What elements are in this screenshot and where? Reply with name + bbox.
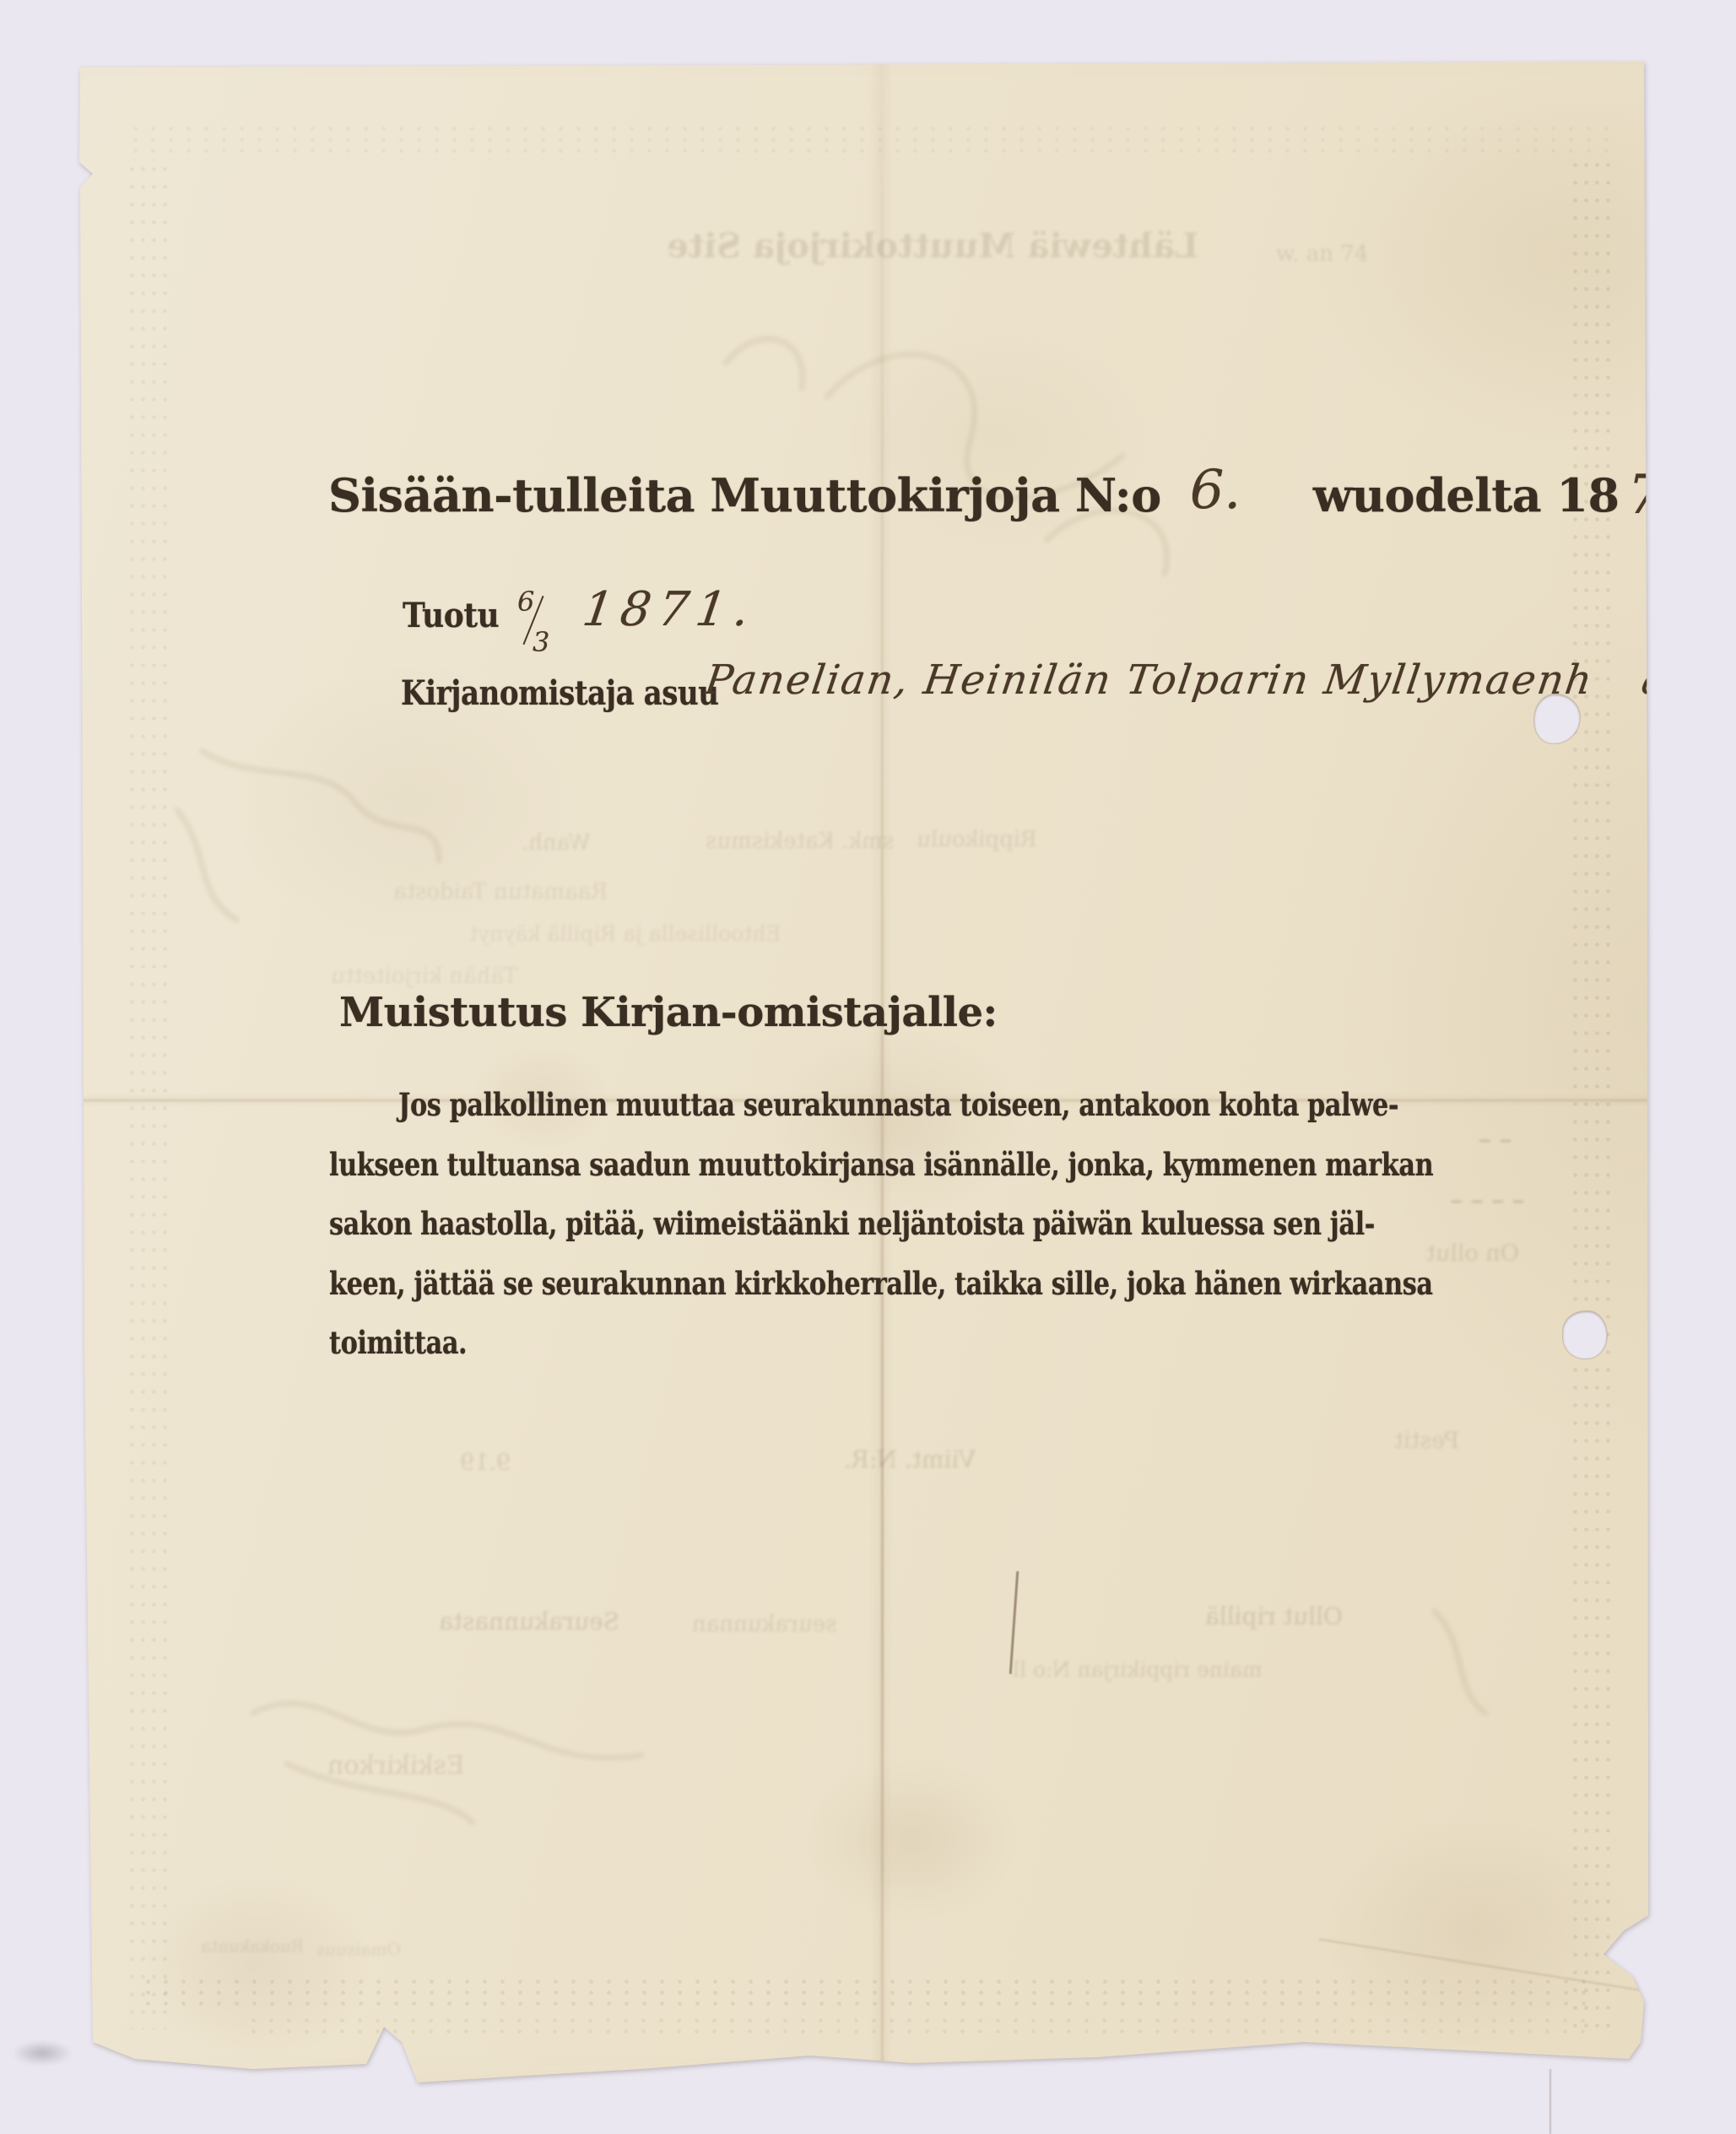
notice-line: sakon haastolla, pitää, wiimeistäänki ne… <box>329 1194 1433 1254</box>
bleedthrough-border-top <box>127 123 1612 160</box>
bleedthrough-text: w. an 74 <box>1276 243 1368 265</box>
fold-crease-vertical <box>881 64 884 2066</box>
bleedthrough-border-left <box>127 160 167 2029</box>
bleedthrough-layer: Lähtewiä Muuttokirjoja Sitew. an 74Wanh.… <box>0 0 1736 2134</box>
bleedthrough-text: Viimt. N:R. <box>844 1448 976 1472</box>
notice-heading: Muistutus Kirjan-omistajalle: <box>339 989 998 1036</box>
bleedthrough-text: seurakunnan <box>692 1613 837 1635</box>
paper-crack <box>1009 1571 1019 1674</box>
punch-hole-top <box>1534 694 1580 743</box>
received-label: Tuotu <box>403 596 499 635</box>
notice-line: Jos palkollinen muuttaa seurakunnasta to… <box>329 1075 1433 1135</box>
title-year-handwritten: 71 <box>1628 464 1695 527</box>
bleedthrough-text: Pestit <box>1394 1429 1459 1452</box>
punch-hole-bottom <box>1563 1311 1607 1359</box>
scan-background: Lähtewiä Muuttokirjoja Sitew. an 74Wanh.… <box>0 0 1736 2134</box>
background-pencil-smudge <box>12 2040 73 2066</box>
owner-handwriting-part2: a. <box>1639 656 1686 704</box>
title-printed-prefix: Sisään-tulleita Muuttokirjoja N:o <box>328 468 1161 522</box>
owner-handwriting-part1: Panelian, Heinilän Tolparin Myllymaenh <box>702 656 1597 704</box>
bleedthrough-text: – – – – <box>1450 1188 1525 1213</box>
bleedthrough-text: smk. Katekismus <box>706 830 894 852</box>
notice-paragraph: Jos palkollinen muuttaa seurakunnasta to… <box>329 1075 1433 1373</box>
bleedthrough-text: Rippikoulu <box>917 829 1037 851</box>
fold-crease-bottom-right <box>1318 1938 1668 1996</box>
bleedthrough-text: Ehtoollisella ja Ripillä käynyt <box>469 923 781 944</box>
bleedthrough-border-bottom <box>139 1976 1599 2008</box>
bleedthrough-text: Eskikirkon <box>327 1753 465 1779</box>
bleedthrough-text: Seurakunnasta <box>439 1610 619 1634</box>
title-printed-year-prefix: wuodelta 18 <box>1313 468 1620 522</box>
background-scratch <box>1549 2069 1551 2134</box>
received-line: Tuotu 6 3 1871. <box>403 596 510 672</box>
bleedthrough-text: Lähtewiä Muuttokirjoja Site <box>667 230 1198 263</box>
bleedthrough-text: – – <box>1479 1127 1512 1153</box>
received-day: 6 <box>517 586 534 618</box>
bleedthrough-text: Ruokakunta <box>201 1937 304 1954</box>
owner-label: Kirjanomistaja asuu <box>401 673 719 713</box>
bleedthrough-text: Raamatun Taidosta <box>393 881 608 903</box>
bleedthrough-text: Tähän kirjoitettu <box>331 965 517 987</box>
fold-crease-vertical-soft <box>869 64 893 2066</box>
bleedthrough-text: maine rippikirjan N:o ll <box>1013 1659 1263 1680</box>
received-month: 3 <box>533 626 549 658</box>
bleedthrough-text: Wanh. <box>522 832 591 854</box>
bleedthrough-text: 9.19 <box>460 1451 511 1474</box>
bleedthrough-handwriting-swirls <box>0 0 1736 2134</box>
notice-line: keen, jättää se seurakunnan kirkkoherral… <box>329 1254 1433 1314</box>
received-date-fraction: 6 3 <box>511 586 561 663</box>
bleedthrough-text: On ollut <box>1426 1242 1519 1265</box>
document-paper: Lähtewiä Muuttokirjoja Sitew. an 74Wanh.… <box>0 0 1736 2134</box>
bleedthrough-border-right <box>1570 156 1612 2038</box>
notice-line: lukseen tultuansa saadun muuttokirjansa … <box>329 1135 1433 1195</box>
bleedthrough-text: Ollut ripillä <box>1205 1605 1343 1629</box>
owner-line: Kirjanomistaja asuu Panelian, Heinilän T… <box>401 673 775 713</box>
title-comma-handwritten: , <box>1721 466 1736 523</box>
notice-line: toimittaa. <box>329 1313 1433 1373</box>
document-title: Sisään-tulleita Muuttokirjoja N:o6.wuode… <box>328 462 1736 525</box>
paper-wrap: Lähtewiä Muuttokirjoja Sitew. an 74Wanh.… <box>0 0 1736 2134</box>
bleedthrough-border-bottom2 <box>245 2015 1595 2040</box>
title-number-handwritten: 6. <box>1190 459 1241 521</box>
owner-handwriting: Panelian, Heinilän Tolparin Myllymaenha. <box>702 656 1685 704</box>
received-year-handwritten: 1871. <box>579 582 760 637</box>
bleedthrough-text: Omaisuus <box>316 1941 401 1958</box>
